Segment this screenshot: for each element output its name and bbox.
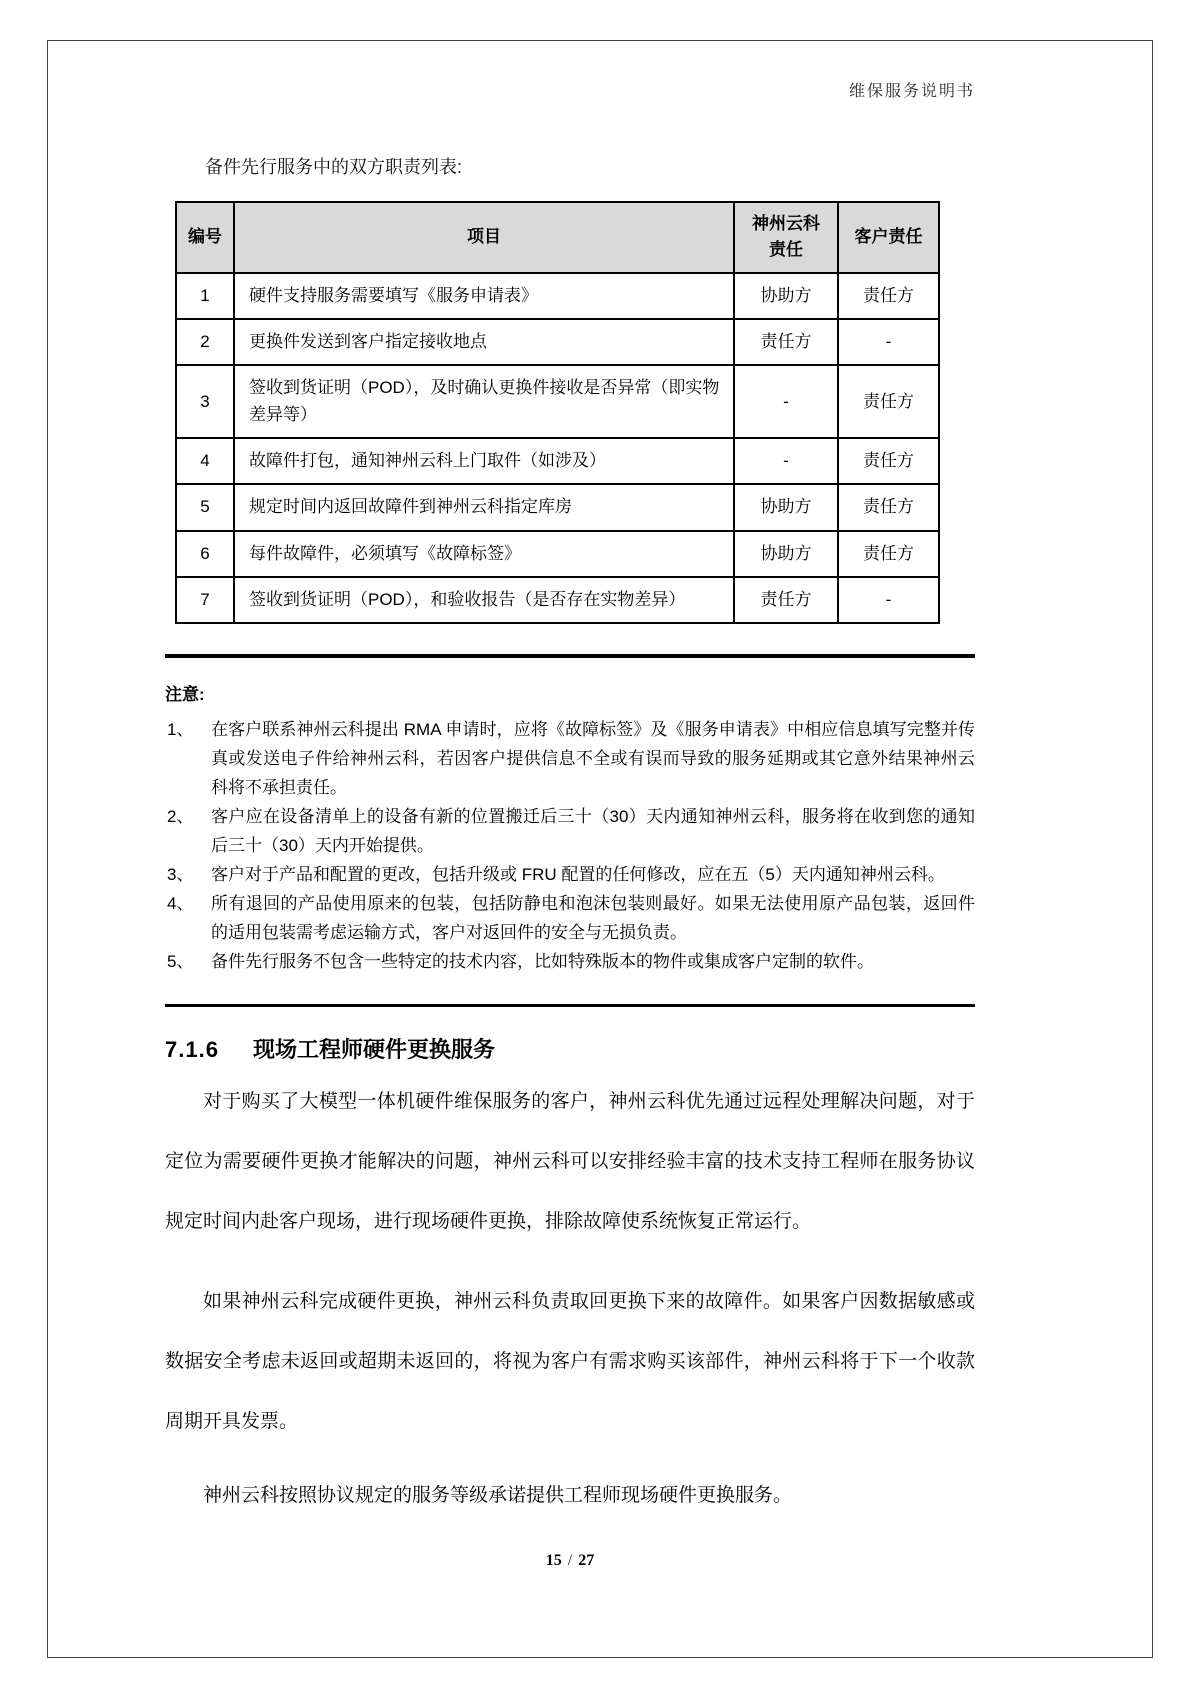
row-number-cell: 5 [176,484,234,530]
row-vendor-cell: 协助方 [734,531,838,577]
section-paragraph: 如果神州云科完成硬件更换，神州云科负责取回更换下来的故障件。如果客户因数据敏感或… [165,1272,975,1452]
row-vendor-cell: - [734,365,838,438]
row-item-cell: 更换件发送到客户指定接收地点 [234,319,734,365]
row-number-cell: 4 [176,438,234,484]
header-number-cell: 编号 [176,202,234,273]
table-row: 3签收到货证明（POD），及时确认更换件接收是否异常（即实物差异等）-责任方 [176,365,939,438]
row-vendor-cell: 协助方 [734,273,838,319]
note-number: 2、 [165,802,211,860]
note-text: 所有退回的产品使用原来的包装，包括防静电和泡沫包装则最好。如果无法使用原产品包装… [211,889,975,947]
table-row: 5规定时间内返回故障件到神州云科指定库房协助方责任方 [176,484,939,530]
row-item-cell: 每件故障件，必须填写《故障标签》 [234,531,734,577]
table-row: 4故障件打包，通知神州云科上门取件（如涉及）-责任方 [176,438,939,484]
responsibility-table: 编号 项目 神州云科 责任 客户责任 1硬件支持服务需要填写《服务申请表》协助方… [175,201,940,624]
notes-label: 注意: [165,680,975,705]
row-customer-cell: 责任方 [838,438,939,484]
divider-after-table [165,654,975,658]
row-number-cell: 3 [176,365,234,438]
row-number-cell: 2 [176,319,234,365]
section-paragraphs: 对于购买了大模型一体机硬件维保服务的客户，神州云科优先通过远程处理解决问题，对于… [165,1072,975,1526]
table-header-row: 编号 项目 神州云科 责任 客户责任 [176,202,939,273]
note-number: 5、 [165,947,211,976]
row-customer-cell: 责任方 [838,531,939,577]
row-item-cell: 签收到货证明（POD），和验收报告（是否存在实物差异） [234,577,734,623]
note-item: 4、所有退回的产品使用原来的包装，包括防静电和泡沫包装则最好。如果无法使用原产品… [165,889,975,947]
row-vendor-cell: 协助方 [734,484,838,530]
row-vendor-cell: 责任方 [734,577,838,623]
page-content: 维保服务说明书 备件先行服务中的双方职责列表: 编号 项目 神州云科 责任 客户… [165,78,975,1570]
row-customer-cell: 责任方 [838,273,939,319]
note-item: 1、在客户联系神州云科提出 RMA 申请时，应将《故障标签》及《服务申请表》中相… [165,715,975,802]
row-vendor-cell: - [734,438,838,484]
row-customer-cell: - [838,319,939,365]
row-item-cell: 规定时间内返回故障件到神州云科指定库房 [234,484,734,530]
note-text: 备件先行服务不包含一些特定的技术内容，比如特殊版本的物件或集成客户定制的软件。 [211,947,975,976]
table-row: 2更换件发送到客户指定接收地点责任方- [176,319,939,365]
row-item-cell: 故障件打包，通知神州云科上门取件（如涉及） [234,438,734,484]
responsibility-table-body: 1硬件支持服务需要填写《服务申请表》协助方责任方2更换件发送到客户指定接收地点责… [176,273,939,624]
notes-list: 1、在客户联系神州云科提出 RMA 申请时，应将《故障标签》及《服务申请表》中相… [165,715,975,976]
note-text: 客户应在设备清单上的设备有新的位置搬迁后三十（30）天内通知神州云科，服务将在收… [211,802,975,860]
note-item: 2、客户应在设备清单上的设备有新的位置搬迁后三十（30）天内通知神州云科，服务将… [165,802,975,860]
row-customer-cell: 责任方 [838,484,939,530]
section-title: 现场工程师硬件更换服务 [253,1033,495,1064]
section-number: 7.1.6 [165,1037,219,1063]
header-customer-cell: 客户责任 [838,202,939,273]
note-text: 在客户联系神州云科提出 RMA 申请时，应将《故障标签》及《服务申请表》中相应信… [211,715,975,802]
note-number: 3、 [165,860,211,889]
row-vendor-cell: 责任方 [734,319,838,365]
footer-page-number: 15 [546,1552,562,1569]
row-customer-cell: - [838,577,939,623]
row-item-cell: 硬件支持服务需要填写《服务申请表》 [234,273,734,319]
header-item-cell: 项目 [234,202,734,273]
note-number: 1、 [165,715,211,802]
row-item-cell: 签收到货证明（POD），及时确认更换件接收是否异常（即实物差异等） [234,365,734,438]
table-row: 6每件故障件，必须填写《故障标签》协助方责任方 [176,531,939,577]
footer-total-pages: 27 [578,1552,594,1569]
row-number-cell: 1 [176,273,234,319]
footer-separator: / [562,1552,578,1569]
document-header-title: 维保服务说明书 [165,78,975,101]
note-item: 5、备件先行服务不包含一些特定的技术内容，比如特殊版本的物件或集成客户定制的软件… [165,947,975,976]
table-row: 7签收到货证明（POD），和验收报告（是否存在实物差异）责任方- [176,577,939,623]
header-vendor-cell: 神州云科 责任 [734,202,838,273]
section-heading: 7.1.6 现场工程师硬件更换服务 [165,1033,975,1064]
section-paragraph: 神州云科按照协议规定的服务等级承诺提供工程师现场硬件更换服务。 [165,1466,975,1526]
row-number-cell: 6 [176,531,234,577]
section-paragraph: 对于购买了大模型一体机硬件维保服务的客户，神州云科优先通过远程处理解决问题，对于… [165,1072,975,1252]
table-intro-text: 备件先行服务中的双方职责列表: [205,153,975,179]
note-item: 3、客户对于产品和配置的更改，包括升级或 FRU 配置的任何修改，应在五（5）天… [165,860,975,889]
note-number: 4、 [165,889,211,947]
page-footer: 15/27 [165,1552,975,1570]
row-number-cell: 7 [176,577,234,623]
header-vendor-line1: 神州云科 [739,211,833,237]
note-text: 客户对于产品和配置的更改，包括升级或 FRU 配置的任何修改，应在五（5）天内通… [211,860,975,889]
row-customer-cell: 责任方 [838,365,939,438]
table-row: 1硬件支持服务需要填写《服务申请表》协助方责任方 [176,273,939,319]
header-vendor-line2: 责任 [739,237,833,263]
divider-before-section [165,1004,975,1007]
